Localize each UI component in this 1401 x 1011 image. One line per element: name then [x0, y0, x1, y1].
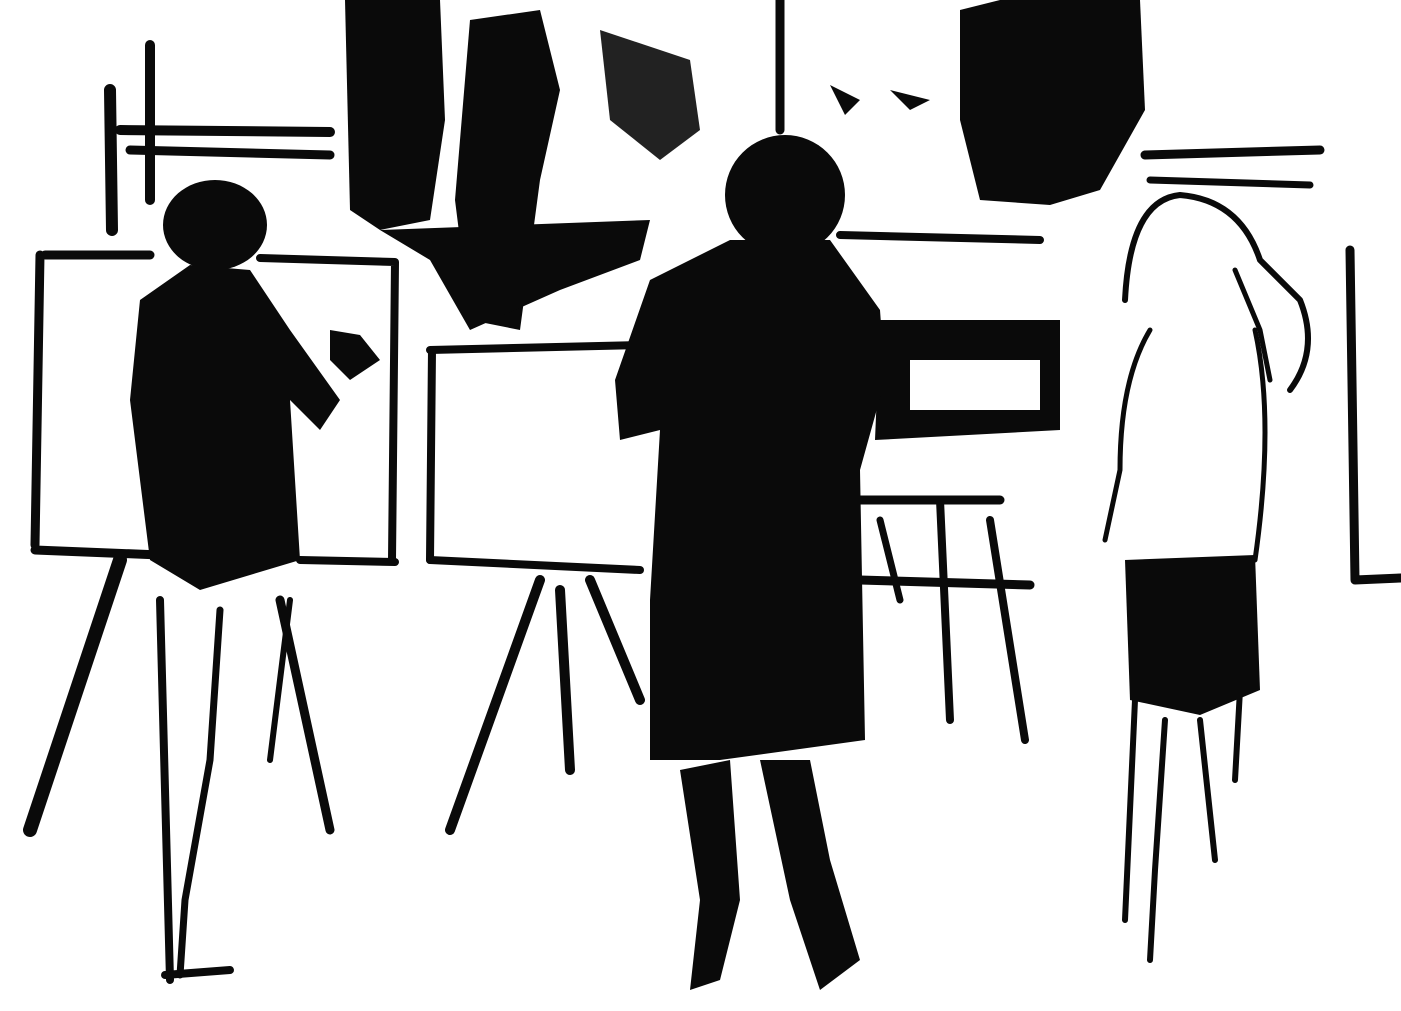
ink-drawing	[0, 0, 1401, 1011]
